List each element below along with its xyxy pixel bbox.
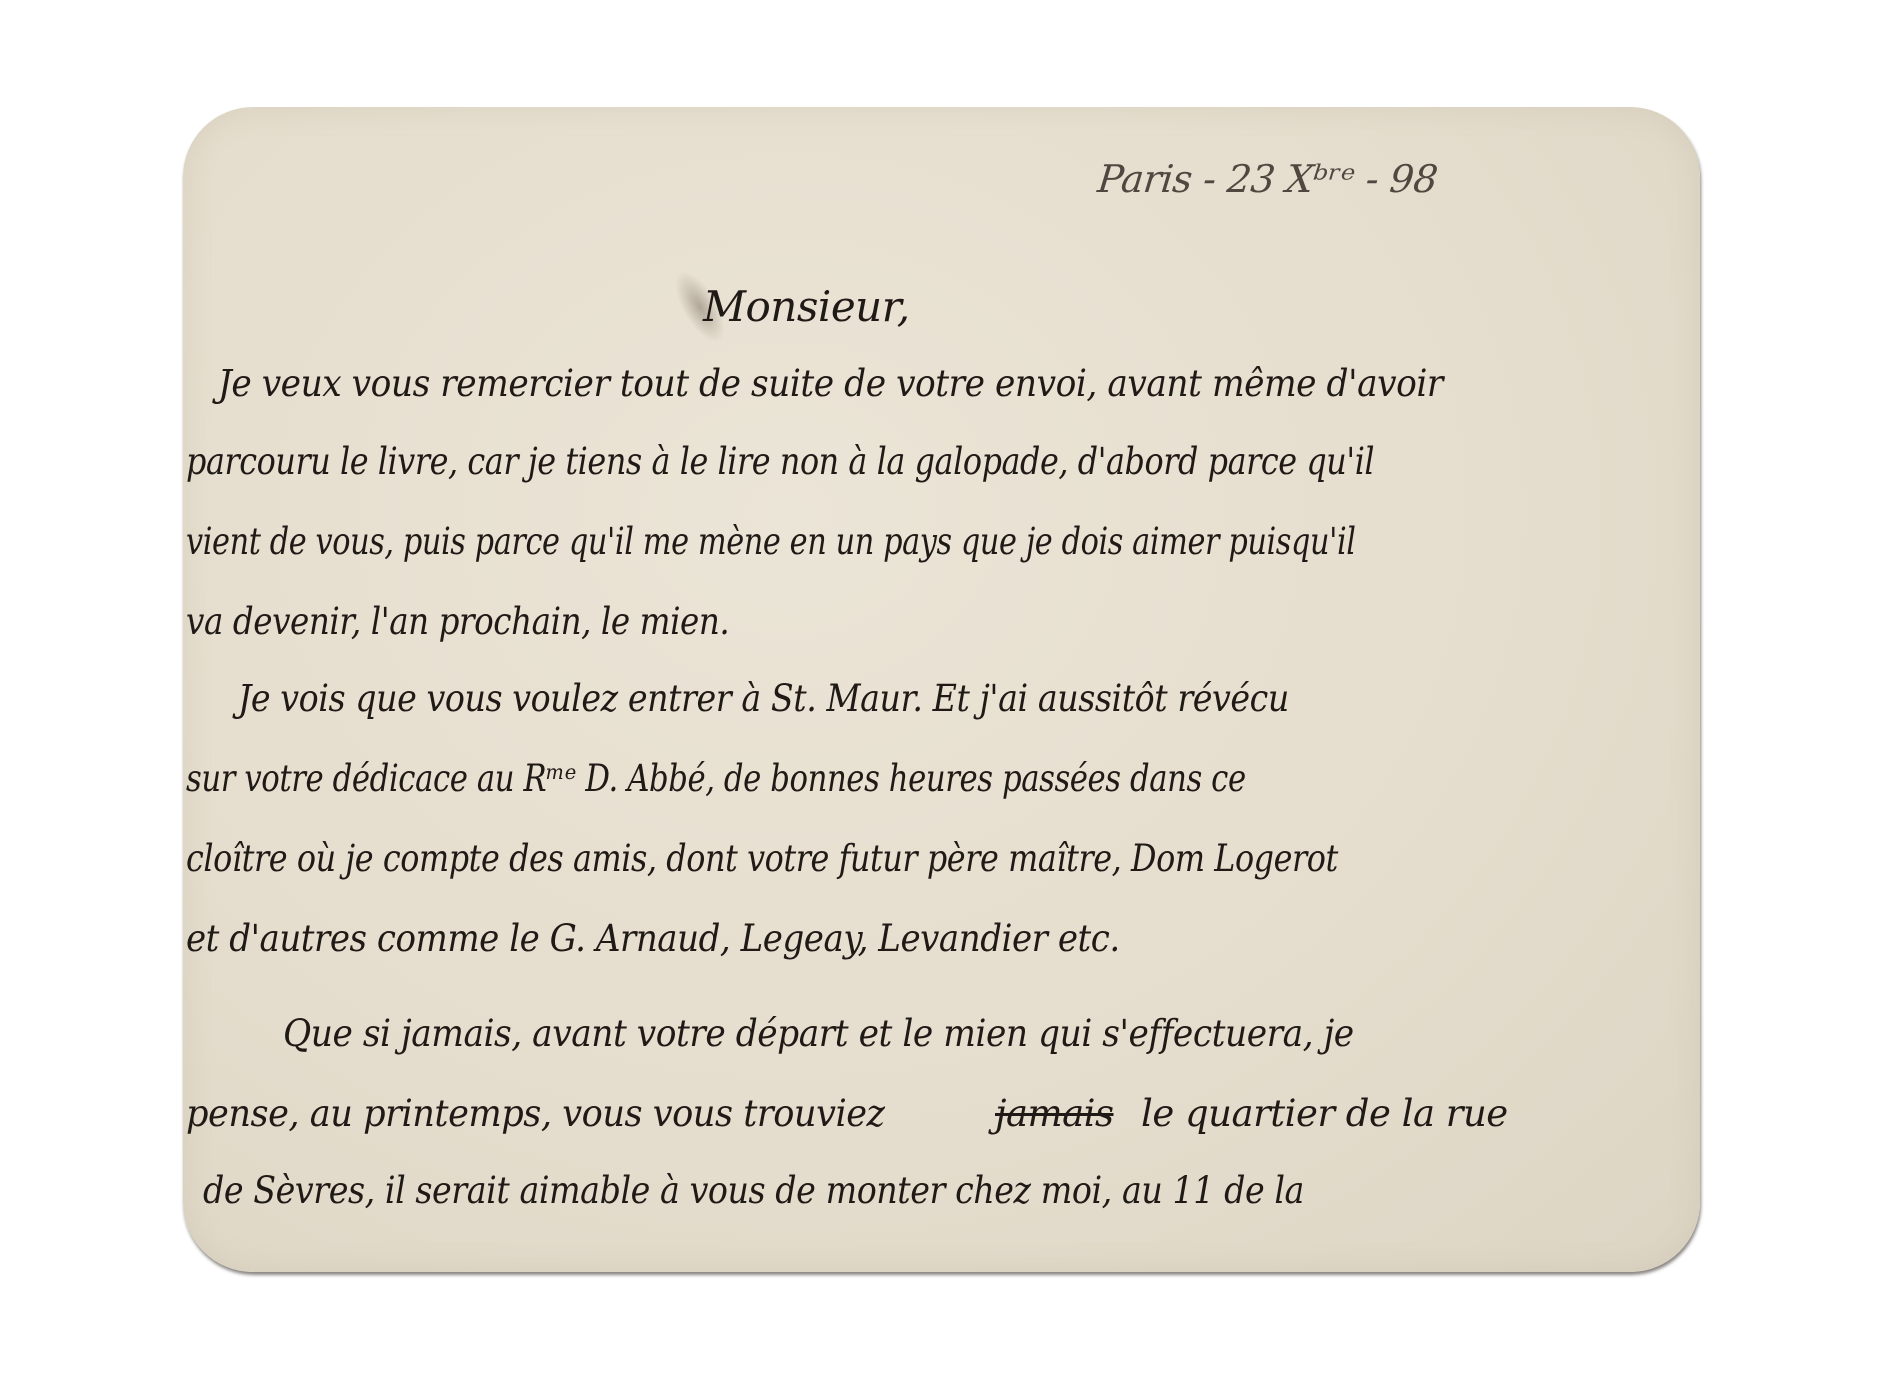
date-line: Paris - 23 Xᵇʳᵉ - 98 <box>1096 157 1440 201</box>
paragraph-1-line-3: vient de vous, puis parce qu'il me mène … <box>186 520 1356 563</box>
paragraph-2-line-3: cloître où je compte des amis, dont votr… <box>186 837 1338 880</box>
paragraph-2-line-2: sur votre dédicace au Rᵐᵉ D. Abbé, de bo… <box>186 757 1246 800</box>
paragraph-3-line-3: de Sèvres, il serait aimable à vous de m… <box>203 1169 1304 1212</box>
paragraph-2-line-1: Je vois que vous voulez entrer à St. Mau… <box>238 677 1289 720</box>
paragraph-1-line-4: va devenir, l'an prochain, le mien. <box>186 600 729 643</box>
salutation: Monsieur, <box>703 282 910 331</box>
letter-card: Paris - 23 Xᵇʳᵉ - 98 Monsieur, Je veux v… <box>183 107 1700 1272</box>
paragraph-1-line-2: parcouru le livre, car je tiens à le lir… <box>186 440 1374 483</box>
paragraph-2-line-4: et d'autres comme le G. Arnaud, Legeay, … <box>186 917 1120 960</box>
paragraph-1-line-1: Je veux vous remercier tout de suite de … <box>218 362 1443 405</box>
paragraph-3-line-1: Que si jamais, avant votre départ et le … <box>283 1012 1354 1055</box>
paragraph-3-line-2b: le quartier de la rue <box>1141 1092 1508 1135</box>
paragraph-3-line-2a: pense, au printemps, vous vous trouviez <box>186 1092 885 1135</box>
struck-word: jamais <box>995 1092 1114 1135</box>
